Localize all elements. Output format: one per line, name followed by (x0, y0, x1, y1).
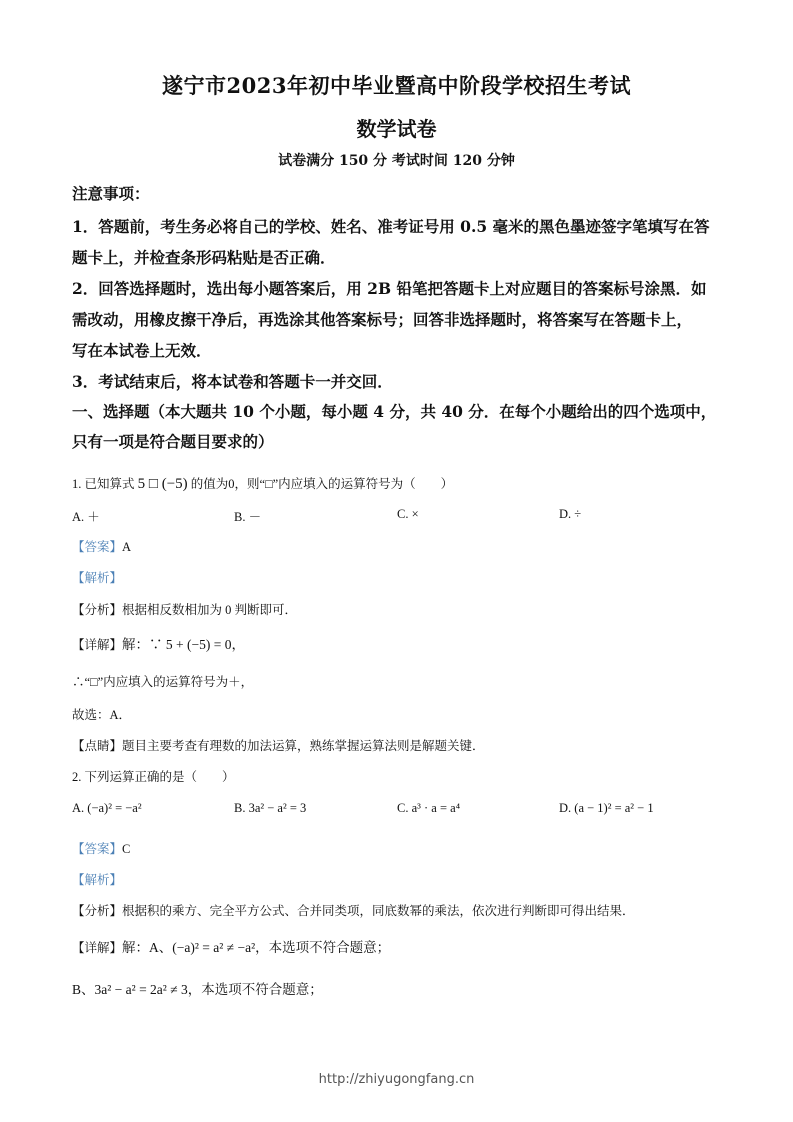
notice-line: 2．回答选择题时，选出每小题答案后，用 2B 铅笔把答题卡上对应题目的答案标号涂… (72, 277, 706, 299)
question-2-stem: 2. 下列运算正确的是（ ） (72, 767, 235, 785)
answer-label: 【答案】 (72, 540, 122, 554)
xiangjie-text: 解：∵ 5 + (−5) = 0， (122, 637, 245, 652)
q1-fenxi: 【分析】根据相反数相加为 0 判断即可． (72, 600, 297, 618)
exam-subtitle: 数学试卷 (0, 113, 793, 142)
notice-heading: 注意事项： (72, 182, 150, 204)
answer-value: A (122, 540, 131, 554)
q2-xiangjie: 【详解】解：A、(−a)² = a² ≠ −a²，本选项不符合题意； (72, 936, 390, 956)
q1-analysis-label: 【解析】 (72, 568, 122, 586)
q1-therefore: ∴“□”内应填入的运算符号为＋， (72, 672, 253, 690)
q2-fenxi: 【分析】根据积的乘方、完全平方公式、合并同类项，同底数幂的乘法，依次进行判断即可… (72, 901, 635, 919)
q1-option-c: C. × (397, 507, 419, 522)
q2-analysis-label: 【解析】 (72, 870, 122, 888)
section-heading-cont: 只有一项是符合题目要求的） (72, 430, 274, 452)
q2-option-b: B. 3a² − a² = 3 (234, 801, 306, 816)
q1-xiangjie: 【详解】解：∵ 5 + (−5) = 0， (72, 633, 245, 653)
notice-line: 写在本试卷上无效． (72, 339, 212, 361)
answer-value: C (122, 842, 130, 856)
xiangjie-label: 【详解】 (72, 941, 122, 955)
fenxi-label: 【分析】 (72, 904, 122, 918)
q1-prefix: 1. 已知算式 (72, 477, 135, 491)
q2-option-b-explanation: B、3a² − a² = 2a² ≠ 3，本选项不符合题意； (72, 978, 323, 998)
footer-url[interactable]: http://zhiyugongfang.cn (0, 1072, 793, 1087)
q1-option-b: B. － (234, 507, 261, 525)
q2-option-d: D. (a − 1)² = a² − 1 (559, 801, 654, 816)
notice-line: 题卡上，并检查条形码粘贴是否正确． (72, 246, 336, 268)
notice-line: 需改动，用橡皮擦干净后，再选涂其他答案标号；回答非选择题时，将答案写在答题卡上， (72, 308, 692, 330)
q1-suffix: 的值为0，则“□”内应填入的运算符号为（ ） (191, 477, 453, 491)
fenxi-label: 【分析】 (72, 603, 122, 617)
exam-title: 遂宁市2023年初中毕业暨高中阶段学校招生考试 (0, 70, 793, 100)
section-heading: 一、选择题（本大题共 10 个小题，每小题 4 分，共 40 分．在每个小题给出… (72, 400, 716, 422)
exam-meta: 试卷满分 150 分 考试时间 120 分钟 (0, 150, 793, 170)
q1-expression: 5 □ (−5) (138, 476, 188, 492)
q1-dianjing: 【点睛】题目主要考查有理数的加法运算，熟练掌握运算法则是解题关键． (72, 736, 485, 754)
dianjing-label: 【点睛】 (72, 739, 122, 753)
dianjing-text: 题目主要考查有理数的加法运算，熟练掌握运算法则是解题关键． (122, 739, 485, 753)
fenxi-text: 根据积的乘方、完全平方公式、合并同类项，同底数幂的乘法，依次进行判断即可得出结果… (122, 904, 635, 918)
xiangjie-label: 【详解】 (72, 638, 122, 652)
q2-option-a: A. (−a)² = −a² (72, 801, 142, 816)
exam-page: 遂宁市2023年初中毕业暨高中阶段学校招生考试 数学试卷 试卷满分 150 分 … (0, 0, 793, 1122)
question-1-stem: 1. 已知算式 5 □ (−5) 的值为0，则“□”内应填入的运算符号为（ ） (72, 474, 453, 493)
q2-answer: 【答案】C (72, 839, 130, 857)
xiangjie-text: 解：A、(−a)² = a² ≠ −a²，本选项不符合题意； (122, 940, 390, 955)
q2-option-c: C. a³ · a = a⁴ (397, 801, 460, 816)
fenxi-text: 根据相反数相加为 0 判断即可． (122, 603, 297, 617)
q1-answer: 【答案】A (72, 537, 131, 555)
q1-option-a: A. ＋ (72, 507, 100, 525)
notice-line: 3．考试结束后，将本试卷和答题卡一并交回． (72, 370, 393, 392)
answer-label: 【答案】 (72, 842, 122, 856)
q1-option-d: D. ÷ (559, 507, 581, 522)
q1-choice: 故选：A． (72, 705, 131, 723)
notice-line: 1．答题前，考生务必将自己的学校、姓名、准考证号用 0.5 毫米的黑色墨迹签字笔… (72, 215, 710, 237)
